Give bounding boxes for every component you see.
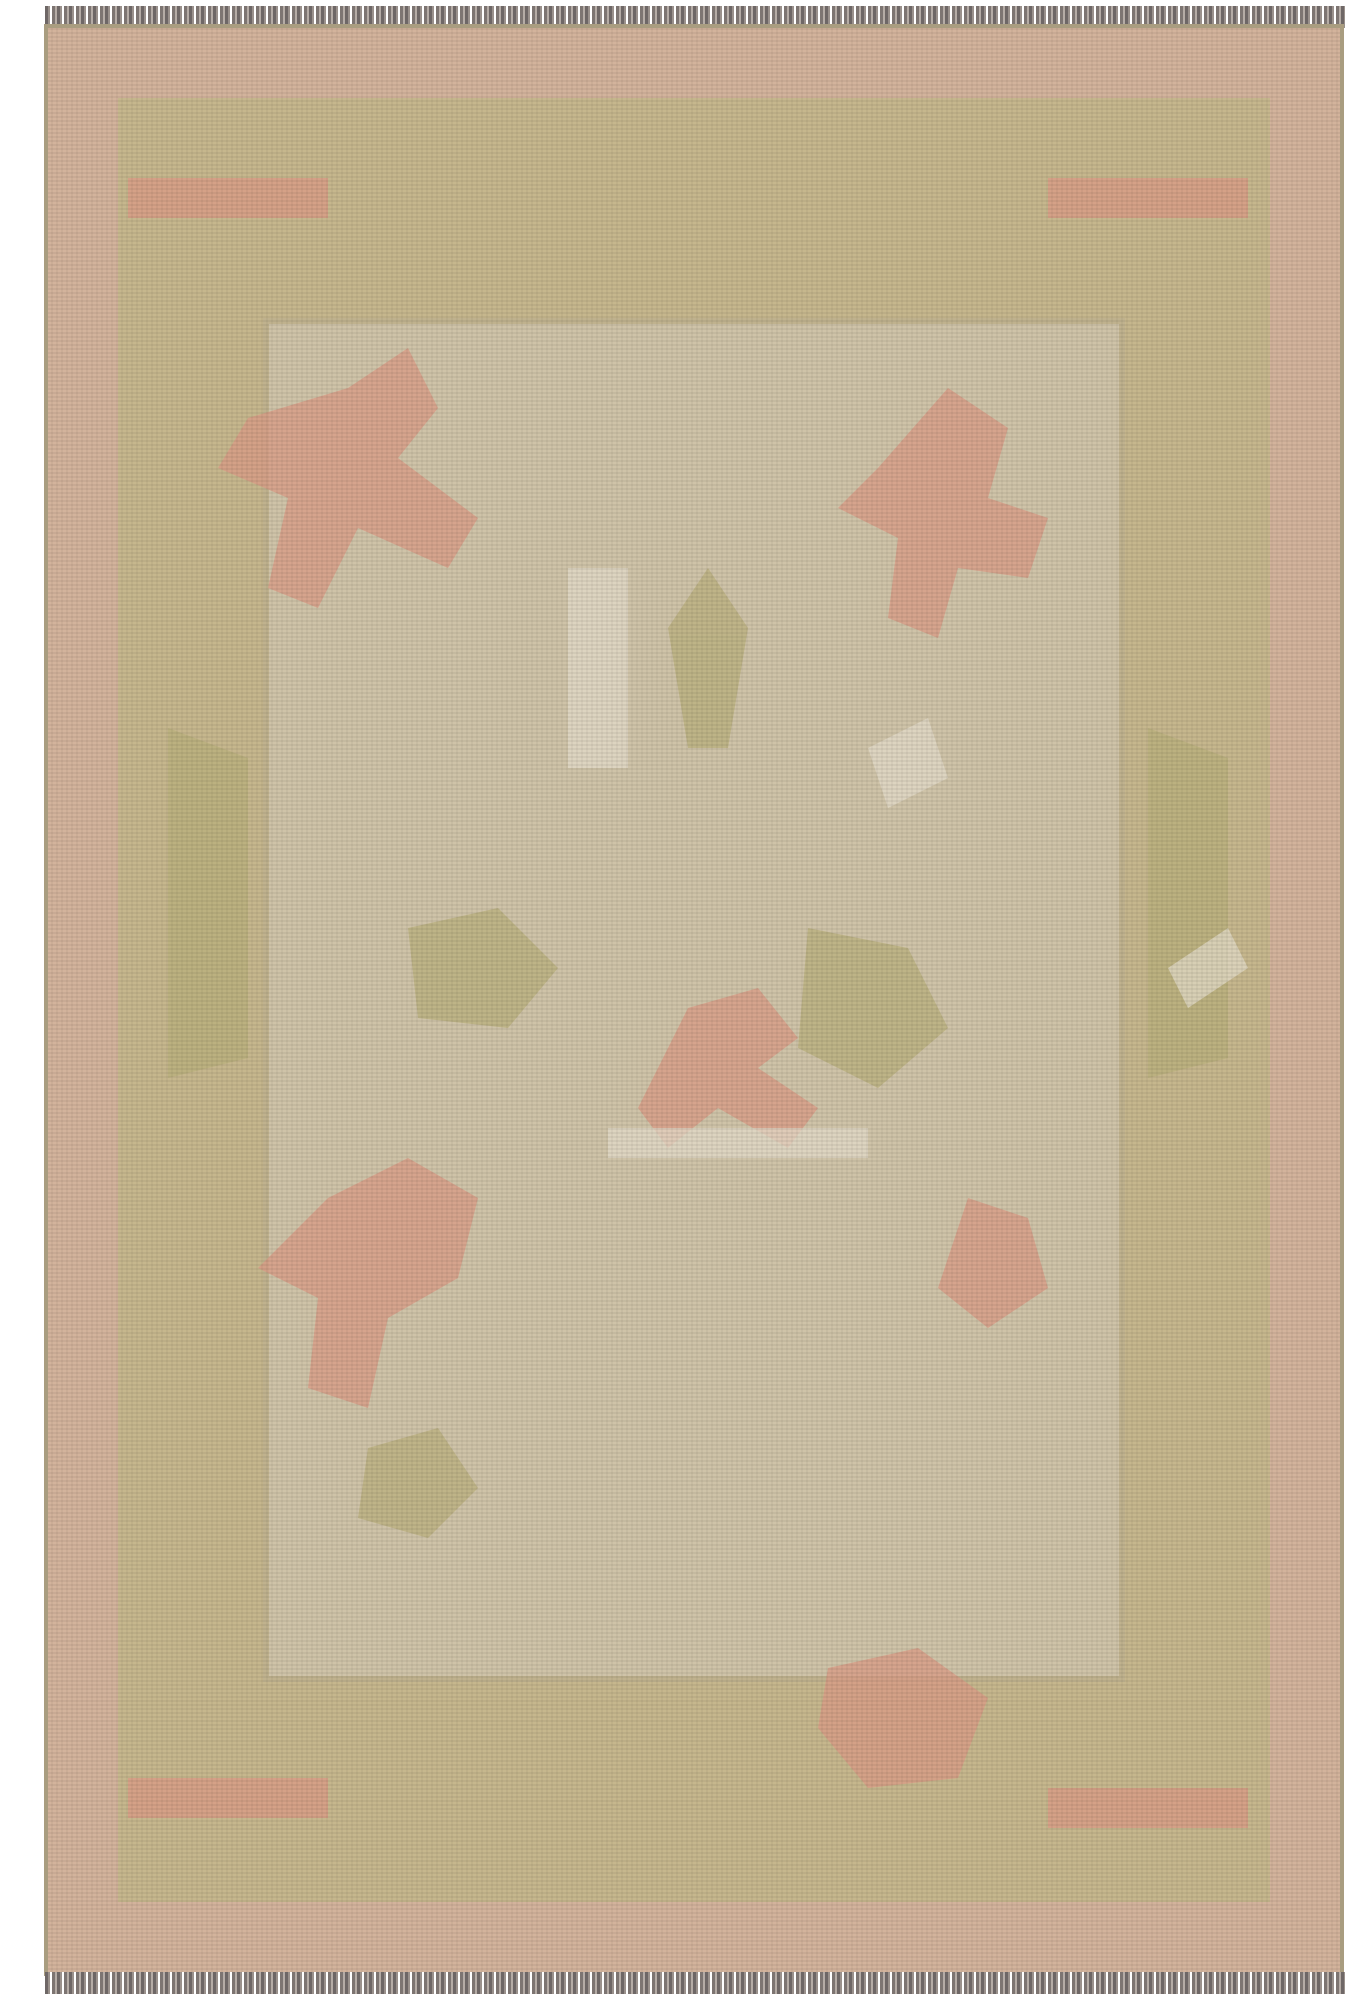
bottom-fringe — [45, 1972, 1345, 1994]
rug-pattern-motifs — [48, 28, 1344, 1976]
rug — [44, 24, 1344, 1976]
